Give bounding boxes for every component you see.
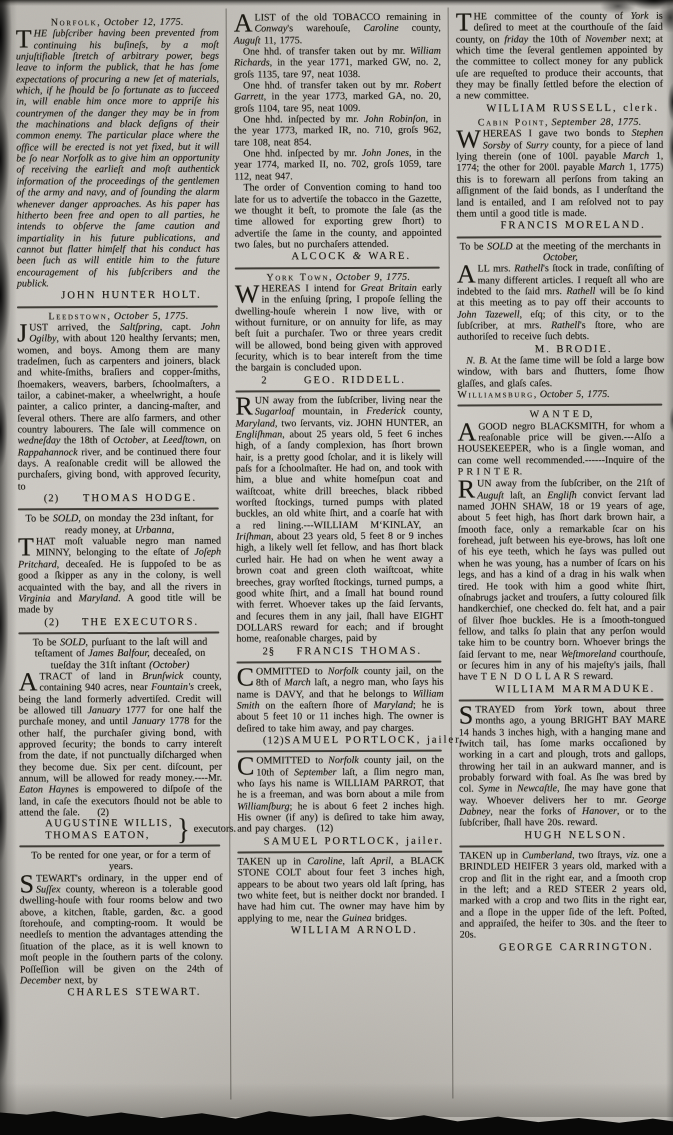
tobacco-entry: One hhd. inſpected by mr. John Robinſon,… xyxy=(234,114,441,149)
article-body: WHEREAS I gave two bonds to Stephen Sors… xyxy=(456,128,663,220)
newspaper-page: Norfolk, October 12, 1775. THE ſubſcribe… xyxy=(0,0,673,1135)
signature: (2)THOMAS HODGE. xyxy=(18,493,221,505)
article-body: THE committee of the county of York is d… xyxy=(456,11,663,103)
dateline: York Town, October 9, 1775. xyxy=(235,271,442,283)
article-divider-rule xyxy=(235,390,440,393)
column-middle: ALIST of the old TOBACCO remaining in Co… xyxy=(226,8,453,1100)
article-heading: To be rented for one year, or for a term… xyxy=(19,850,222,874)
signature: M. BRODIE. xyxy=(457,343,664,355)
drop-cap: S xyxy=(19,873,36,894)
signature: THOMAS EATON, xyxy=(45,829,173,841)
signature: ALCOCK & WARE. xyxy=(235,251,442,263)
article-rathell-stock-sale: To be SOLD at the meeting of the merchan… xyxy=(457,240,665,401)
article-body: STRAYED from York town, about three mont… xyxy=(459,704,667,830)
drop-cap: R xyxy=(458,479,477,500)
article-divider-rule xyxy=(235,266,440,269)
article-body: ALIST of the old TOBACCO remaining in Co… xyxy=(234,12,441,47)
tobacco-entry: One hhd. inſpected by mr. John Jones, in… xyxy=(234,148,441,183)
article-york-committee: THE committee of the county of York is d… xyxy=(456,11,663,115)
article-taken-up-colt: TAKEN up in Caroline, laſt April, a BLAC… xyxy=(237,856,444,937)
signature: WILLIAM ARNOLD. xyxy=(238,925,445,937)
nota-bene: N. B. At the ſame time will be ſold a la… xyxy=(457,355,664,390)
article-strayed-mare: STRAYED from York town, about three mont… xyxy=(459,704,667,842)
signature: HUGH NELSON. xyxy=(459,829,666,841)
drop-cap: T xyxy=(18,536,36,557)
signature: WILLIAM MARMADUKE. xyxy=(459,683,666,695)
article-heading: To be SOLD, purſuant to the laſt will an… xyxy=(18,636,221,671)
column-left: Norfolk, October 12, 1775. THE ſubſcribe… xyxy=(14,9,231,1101)
brace-glyph: } xyxy=(173,823,194,836)
drop-cap: C xyxy=(236,666,255,687)
article-committed-davy: COMMITTED to Norfolk county jail, on the… xyxy=(236,665,443,746)
article-body: TAKEN up in Caroline, laſt April, a BLAC… xyxy=(237,856,444,925)
drop-cap: J xyxy=(17,322,29,343)
dateline: Williamsburg, October 5, 1775. xyxy=(457,389,664,401)
drop-cap: C xyxy=(237,756,256,777)
dateline: Leedstown, October 5, 1775. xyxy=(17,310,220,322)
article-divider-rule xyxy=(18,508,219,511)
column-right: THE committee of the county of York is d… xyxy=(448,7,672,1099)
signature: FRANCIS MORELAND. xyxy=(457,220,664,232)
executors-signature-block: AUGUSTINE WILLIS, THOMAS EATON, } execut… xyxy=(19,818,222,842)
article-divider-rule xyxy=(237,750,442,753)
article-divider-rule xyxy=(19,845,220,848)
drop-cap: A xyxy=(19,671,40,692)
drop-cap: R xyxy=(235,395,254,416)
page-columns: Norfolk, October 12, 1775. THE ſubſcribe… xyxy=(14,7,672,1101)
article-body: WHEREAS I intend for Great Britain early… xyxy=(235,282,442,374)
article-body: ALL mrs. Rathell's ſtock in trade, conſi… xyxy=(457,263,664,343)
article-runaway-servants: RUN away from the ſubſcriber, living nea… xyxy=(235,395,443,658)
article-divider-rule xyxy=(236,660,441,663)
article-body: AGOOD negro BLACKSMITH, for whom a reaſo… xyxy=(457,420,664,478)
drop-cap: A xyxy=(457,264,478,285)
signature: (12)SAMUEL PORTLOCK, jailer. xyxy=(237,735,444,747)
article-divider-rule xyxy=(459,699,664,702)
drop-cap: T xyxy=(16,29,34,50)
article-riddell-house-sale: York Town, October 9, 1775. WHEREAS I in… xyxy=(235,271,442,386)
signature: WILLIAM RUSSELL, clerk. xyxy=(456,102,663,114)
drop-cap: A xyxy=(457,421,478,442)
article-heading: W A N T E D, xyxy=(457,409,664,421)
article-wanted: W A N T E D, AGOOD negro BLACKSMITH, for… xyxy=(457,409,664,478)
article-body: THAT moſt valuable negro man named MINNY… xyxy=(18,536,221,616)
drop-cap: W xyxy=(456,129,483,150)
tobacco-entry: One hhd. of transfer taken out by mr. Wi… xyxy=(234,46,441,81)
signature: GEORGE CARRINGTON. xyxy=(460,941,667,953)
drop-cap: T xyxy=(456,11,474,32)
article-norfolk-press-notice: Norfolk, October 12, 1775. THE ſubſcribe… xyxy=(16,17,220,302)
article-body: COMMITTED to Norfolk county jail, on the… xyxy=(236,665,443,734)
tobacco-entry: One hhd. of transfer taken out by mr. Ro… xyxy=(234,80,441,115)
signature: CHARLES STEWART. xyxy=(20,987,223,999)
article-runaway-john-shaw: RUN away from the ſubſcriber, on the 21ſ… xyxy=(458,478,666,695)
article-divider-rule xyxy=(457,404,662,407)
article-brunswick-land-sale: To be SOLD, purſuant to the laſt will an… xyxy=(18,636,222,841)
article-body: ATRACT of land in Brunſwick county, cont… xyxy=(19,670,223,818)
drop-cap: A xyxy=(234,12,255,33)
article-committed-parrot: COMMITTED to Norfolk county jail, on the… xyxy=(237,755,444,848)
article-body: THE ſubſcriber having been prevented fro… xyxy=(16,28,220,290)
signature: 2§FRANCIS THOMAS. xyxy=(236,645,443,657)
article-body: The order of Convention coming to hand t… xyxy=(234,182,441,251)
article-divider-rule xyxy=(17,305,218,308)
article-body: COMMITTED to Norfolk county jail, on the… xyxy=(237,755,444,835)
article-divider-rule xyxy=(459,845,664,848)
article-moreland-bonds: Cabin Point, September 28, 1775. WHEREAS… xyxy=(456,117,663,232)
signature: JOHN HUNTER HOLT. xyxy=(17,290,220,302)
scan-top-edge xyxy=(0,0,673,6)
signature: (2)THE EXECUTORS. xyxy=(18,616,221,628)
signature: SAMUEL PORTLOCK, jailer. xyxy=(237,835,444,847)
article-body: STEWART's ordinary, in the upper end of … xyxy=(19,872,222,986)
article-body: RUN away from the ſubſcriber, living nea… xyxy=(235,395,443,645)
article-heading: To be SOLD, on monday the 23d inſtant, f… xyxy=(18,513,221,537)
drop-cap: S xyxy=(459,704,476,725)
article-divider-rule xyxy=(457,235,662,238)
article-tobacco-list: ALIST of the old TOBACCO remaining in Co… xyxy=(234,12,442,263)
signature: 2GEO. RIDDELL. xyxy=(235,374,442,386)
article-body: TAKEN up in Cumberland, two ſtrays, viz.… xyxy=(459,850,666,942)
torn-bottom-edge xyxy=(0,1101,673,1135)
article-servants-sale: Leedstown, October 5, 1775. JUST arrived… xyxy=(17,310,221,505)
article-body: JUST arrived, the Saltſpring, capt. John… xyxy=(17,321,221,492)
article-minny-sale: To be SOLD, on monday the 23d inſtant, f… xyxy=(18,513,221,628)
signature: AUGUSTINE WILLIS, xyxy=(45,818,173,830)
article-stewarts-ordinary: To be rented for one year, or for a term… xyxy=(19,850,223,999)
drop-cap: W xyxy=(235,283,262,304)
article-body: RUN away from the ſubſcriber, on the 21ſ… xyxy=(458,478,666,683)
article-taken-up-strays: TAKEN up in Cumberland, two ſtrays, viz.… xyxy=(459,850,666,954)
article-heading: To be SOLD at the meeting of the merchan… xyxy=(457,240,664,264)
article-divider-rule xyxy=(237,851,442,854)
article-divider-rule xyxy=(18,631,219,634)
